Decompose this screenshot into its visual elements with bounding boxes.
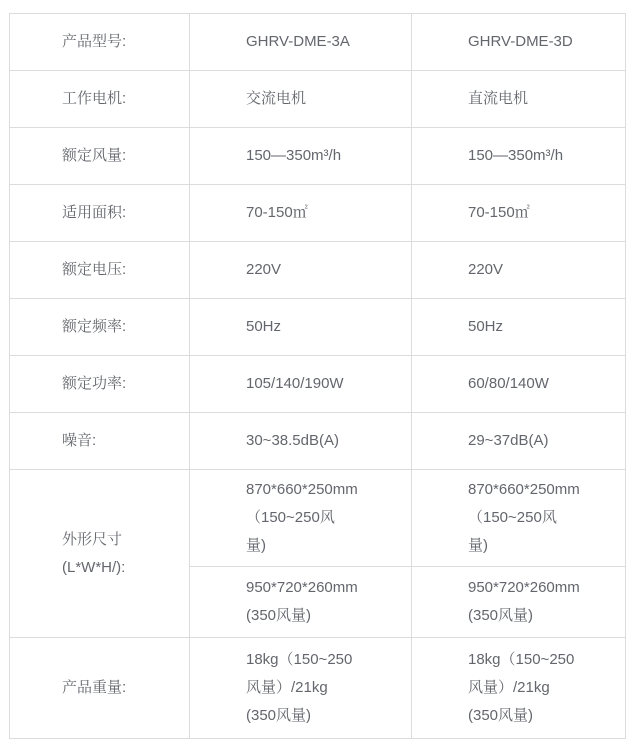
spec-label: 噪音: xyxy=(10,413,190,470)
spec-value: 18kg（150~250 风量）/21kg (350风量) xyxy=(190,638,412,739)
spec-label: 工作电机: xyxy=(10,71,190,128)
spec-value: 950*720*260mm (350风量) xyxy=(190,567,412,638)
spec-value: 150—350m³/h xyxy=(412,128,626,185)
spec-value: GHRV-DME-3D xyxy=(412,14,626,71)
spec-label: 适用面积: xyxy=(10,185,190,242)
spec-label: 额定频率: xyxy=(10,299,190,356)
spec-row: 额定功率:105/140/190W60/80/140W xyxy=(10,356,626,413)
spec-value: 直流电机 xyxy=(412,71,626,128)
spec-label: 额定电压: xyxy=(10,242,190,299)
spec-value: 60/80/140W xyxy=(412,356,626,413)
spec-label: 额定风量: xyxy=(10,128,190,185)
spec-value: 18kg（150~250 风量）/21kg (350风量) xyxy=(412,638,626,739)
spec-value: 70-150㎡ xyxy=(412,185,626,242)
spec-label: 外形尺寸 (L*W*H/): xyxy=(10,470,190,638)
spec-value: 70-150㎡ xyxy=(190,185,412,242)
spec-row: 产品重量:18kg（150~250 风量）/21kg (350风量)18kg（1… xyxy=(10,638,626,739)
spec-row: 产品型号:GHRV-DME-3AGHRV-DME-3D xyxy=(10,14,626,71)
spec-value: 220V xyxy=(190,242,412,299)
spec-value: 30~38.5dB(A) xyxy=(190,413,412,470)
spec-label: 额定功率: xyxy=(10,356,190,413)
spec-value: 150—350m³/h xyxy=(190,128,412,185)
spec-value: 29~37dB(A) xyxy=(412,413,626,470)
spec-value: 220V xyxy=(412,242,626,299)
spec-row: 工作电机:交流电机直流电机 xyxy=(10,71,626,128)
spec-label: 产品型号: xyxy=(10,14,190,71)
spec-value: 交流电机 xyxy=(190,71,412,128)
spec-value: 950*720*260mm (350风量) xyxy=(412,567,626,638)
spec-table-body: 产品型号:GHRV-DME-3AGHRV-DME-3D工作电机:交流电机直流电机… xyxy=(10,14,626,739)
spec-label: 产品重量: xyxy=(10,638,190,739)
spec-row: 额定频率:50Hz50Hz xyxy=(10,299,626,356)
spec-value: GHRV-DME-3A xyxy=(190,14,412,71)
spec-value: 105/140/190W xyxy=(190,356,412,413)
spec-value: 50Hz xyxy=(190,299,412,356)
spec-row: 噪音:30~38.5dB(A)29~37dB(A) xyxy=(10,413,626,470)
spec-row: 适用面积:70-150㎡70-150㎡ xyxy=(10,185,626,242)
product-spec-table: 产品型号:GHRV-DME-3AGHRV-DME-3D工作电机:交流电机直流电机… xyxy=(9,13,626,739)
spec-value: 870*660*250mm （150~250风 量) xyxy=(412,470,626,567)
spec-value: 870*660*250mm （150~250风 量) xyxy=(190,470,412,567)
spec-value: 50Hz xyxy=(412,299,626,356)
spec-row: 外形尺寸 (L*W*H/):870*660*250mm （150~250风 量)… xyxy=(10,470,626,567)
spec-row: 额定风量:150—350m³/h150—350m³/h xyxy=(10,128,626,185)
page-content: 产品型号:GHRV-DME-3AGHRV-DME-3D工作电机:交流电机直流电机… xyxy=(0,0,641,749)
spec-row: 额定电压:220V220V xyxy=(10,242,626,299)
